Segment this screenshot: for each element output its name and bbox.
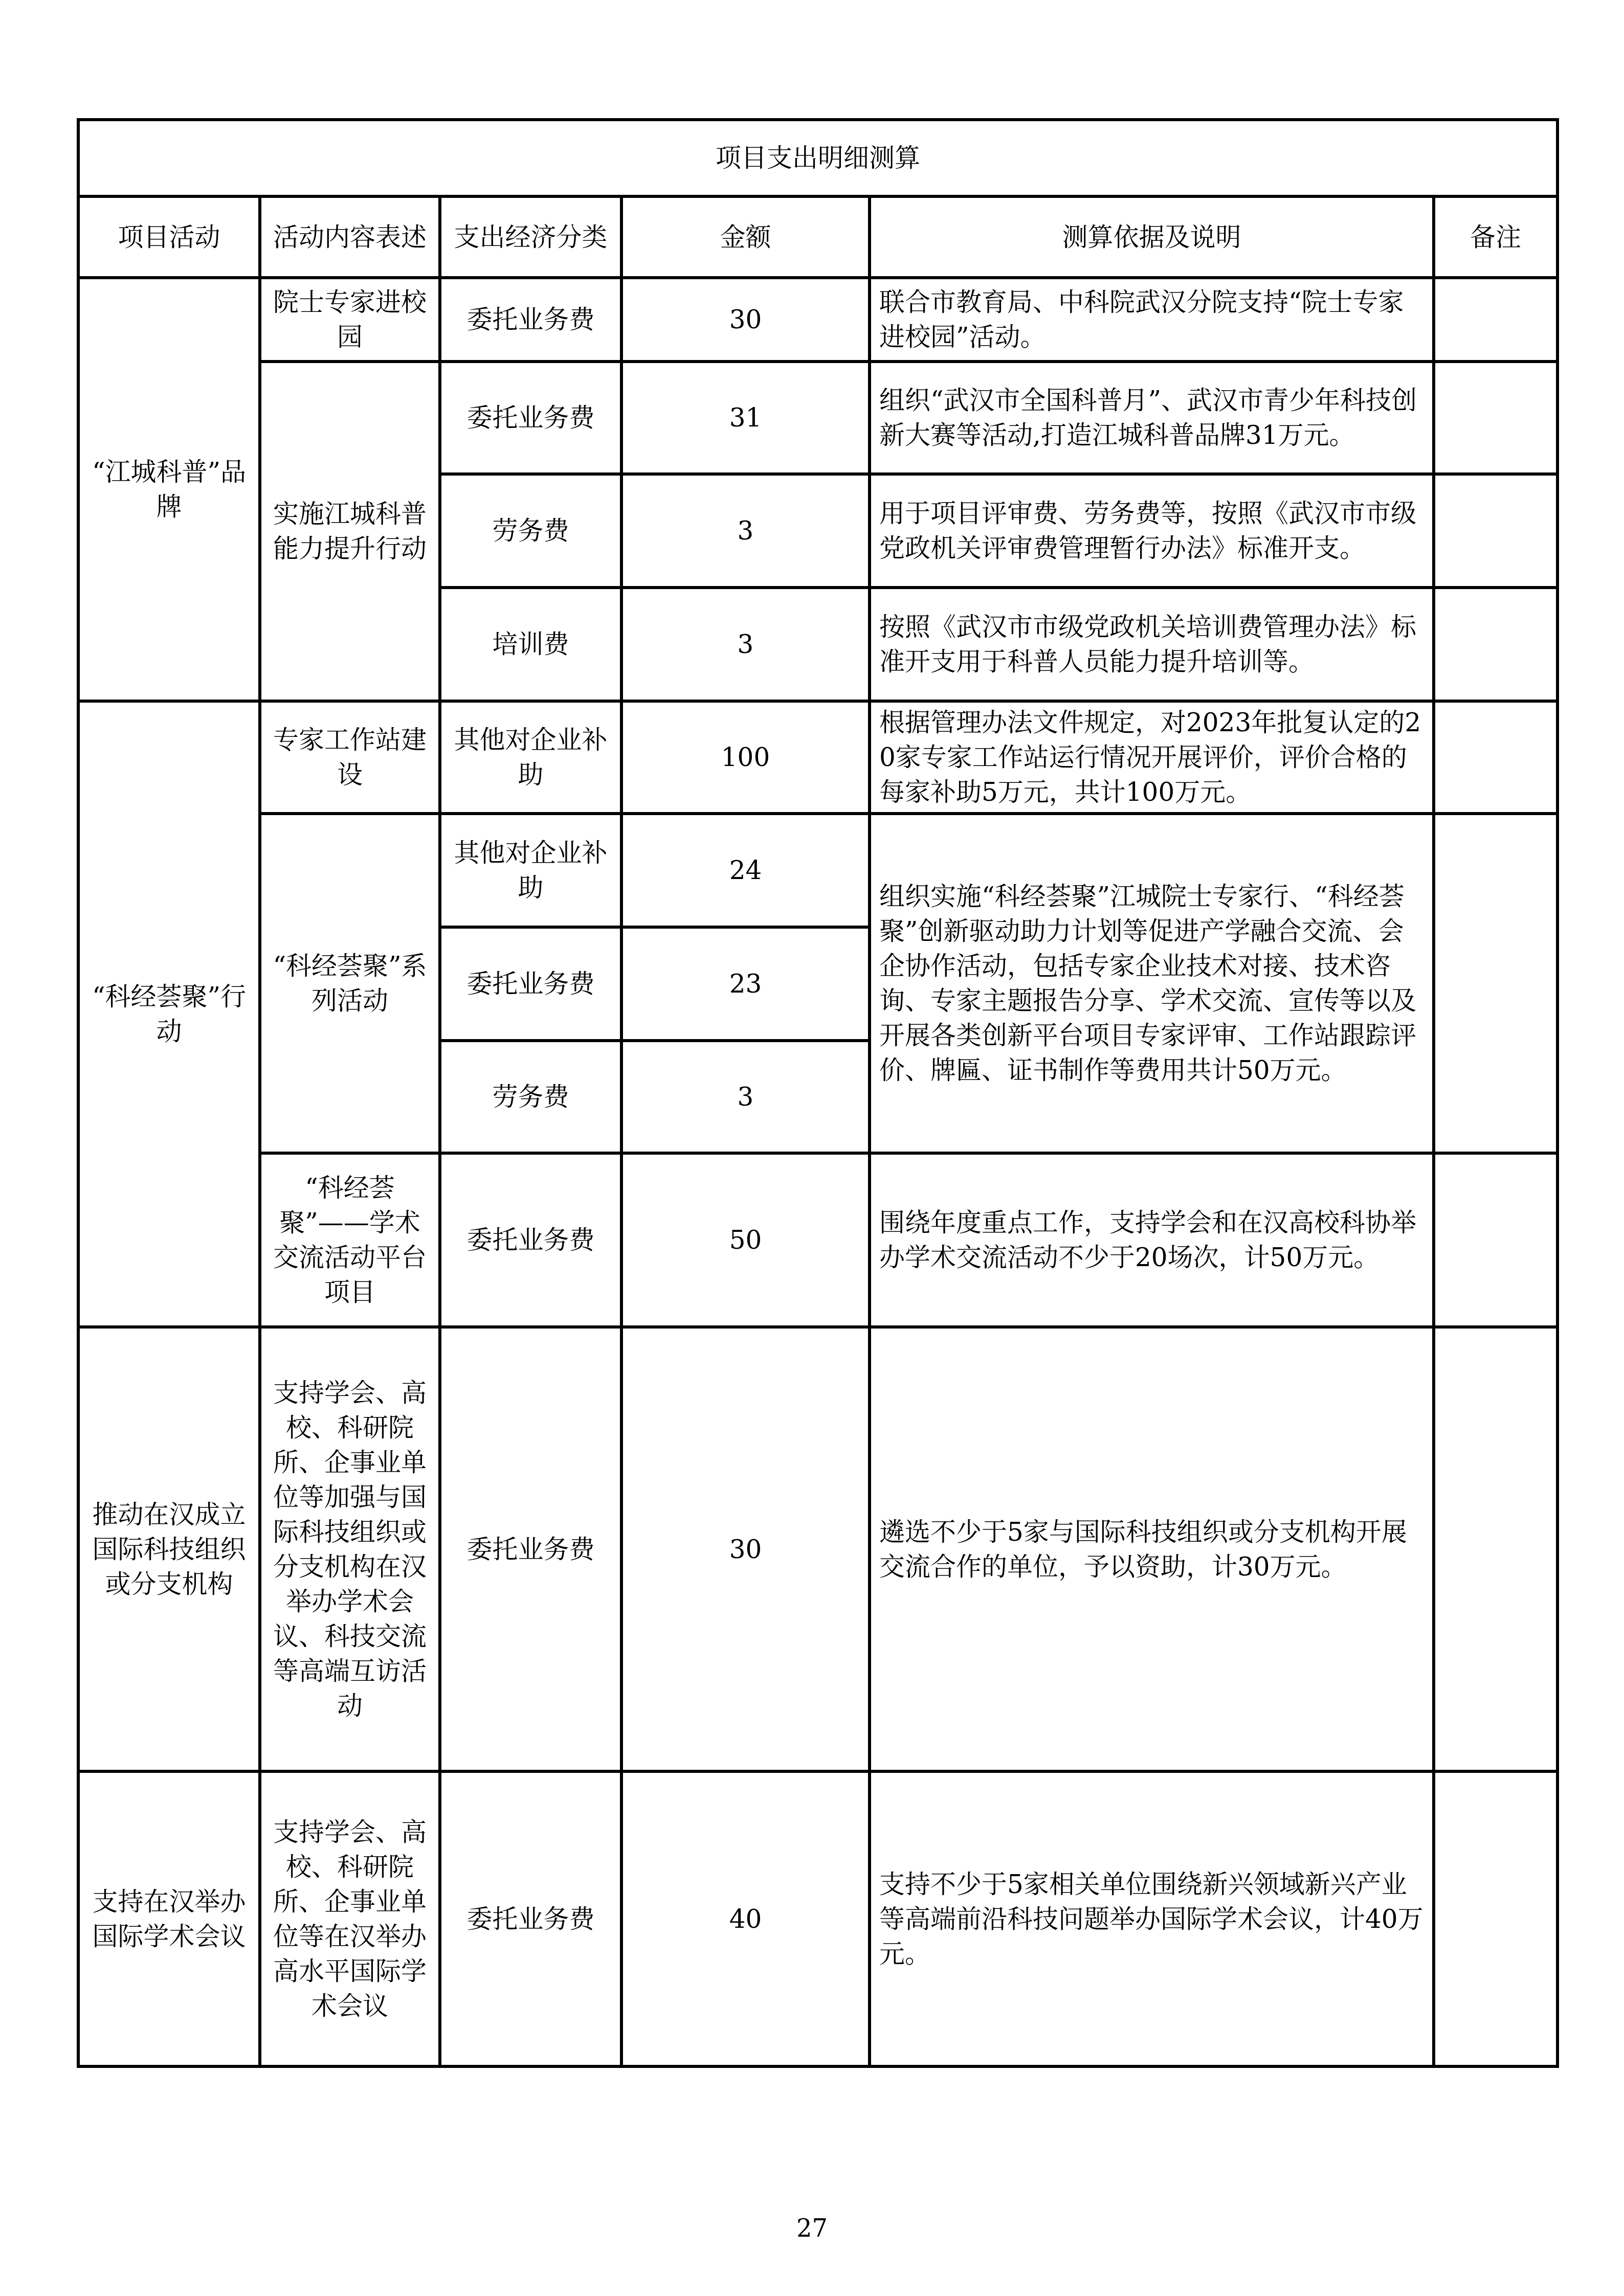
note-cell xyxy=(1434,362,1558,474)
table-row: “江城科普”品牌 院士专家进校园 委托业务费 30 联合市教育局、中科院武汉分院… xyxy=(78,278,1558,362)
note-cell xyxy=(1434,1153,1558,1327)
basis-cell: 遴选不少于5家与国际科技组织或分支机构开展交流合作的单位，予以资助，计30万元。 xyxy=(870,1327,1434,1771)
content-cell: 专家工作站建设 xyxy=(260,701,440,814)
basis-cell: 按照《武汉市市级党政机关培训费管理办法》标准开支用于科普人员能力提升培训等。 xyxy=(870,588,1434,701)
note-cell xyxy=(1434,588,1558,701)
table-row: “科经荟聚”——学术交流活动平台项目 委托业务费 50 围绕年度重点工作，支持学… xyxy=(78,1153,1558,1327)
expense-detail-table: 项目支出明细测算 项目活动 活动内容表述 支出经济分类 金额 测算依据及说明 备… xyxy=(77,118,1559,2068)
activity-cell: 推动在汉成立国际科技组织或分支机构 xyxy=(78,1327,260,1771)
basis-cell: 联合市教育局、中科院武汉分院支持“院士专家进校园”活动。 xyxy=(870,278,1434,362)
category-cell: 委托业务费 xyxy=(440,1771,621,2066)
note-cell xyxy=(1434,278,1558,362)
header-basis: 测算依据及说明 xyxy=(870,196,1434,278)
table-row: “科经荟聚”系列活动 其他对企业补助 24 组织实施“科经荟聚”江城院士专家行、… xyxy=(78,814,1558,927)
note-cell xyxy=(1434,474,1558,588)
category-cell: 其他对企业补助 xyxy=(440,701,621,814)
content-cell: 院士专家进校园 xyxy=(260,278,440,362)
category-cell: 劳务费 xyxy=(440,1041,621,1153)
amount-cell: 30 xyxy=(621,1327,870,1771)
amount-cell: 24 xyxy=(621,814,870,927)
content-cell: 支持学会、高校、科研院所、企事业单位等在汉举办高水平国际学术会议 xyxy=(260,1771,440,2066)
content-cell: 支持学会、高校、科研院所、企事业单位等加强与国际科技组织或分支机构在汉举办学术会… xyxy=(260,1327,440,1771)
category-cell: 委托业务费 xyxy=(440,927,621,1041)
content-cell: 实施江城科普能力提升行动 xyxy=(260,362,440,701)
header-amount: 金额 xyxy=(621,196,870,278)
category-cell: 劳务费 xyxy=(440,474,621,588)
amount-cell: 30 xyxy=(621,278,870,362)
table-row: “科经荟聚”行动 专家工作站建设 其他对企业补助 100 根据管理办法文件规定，… xyxy=(78,701,1558,814)
note-cell xyxy=(1434,814,1558,1153)
basis-cell: 围绕年度重点工作，支持学会和在汉高校科协举办学术交流活动不少于20场次，计50万… xyxy=(870,1153,1434,1327)
table-row: 实施江城科普能力提升行动 委托业务费 31 组织“武汉市全国科普月”、武汉市青少… xyxy=(78,362,1558,474)
content-cell: “科经荟聚”——学术交流活动平台项目 xyxy=(260,1153,440,1327)
page-number: 27 xyxy=(0,2214,1624,2243)
category-cell: 委托业务费 xyxy=(440,362,621,474)
note-cell xyxy=(1434,701,1558,814)
basis-cell: 根据管理办法文件规定，对2023年批复认定的20家专家工作站运行情况开展评价，评… xyxy=(870,701,1434,814)
activity-cell: “科经荟聚”行动 xyxy=(78,701,260,1327)
basis-cell: 组织实施“科经荟聚”江城院士专家行、“科经荟聚”创新驱动助力计划等促进产学融合交… xyxy=(870,814,1434,1153)
amount-cell: 23 xyxy=(621,927,870,1041)
amount-cell: 3 xyxy=(621,1041,870,1153)
amount-cell: 50 xyxy=(621,1153,870,1327)
note-cell xyxy=(1434,1327,1558,1771)
category-cell: 委托业务费 xyxy=(440,1153,621,1327)
header-category: 支出经济分类 xyxy=(440,196,621,278)
header-content: 活动内容表述 xyxy=(260,196,440,278)
activity-cell: “江城科普”品牌 xyxy=(78,278,260,701)
note-cell xyxy=(1434,1771,1558,2066)
amount-cell: 3 xyxy=(621,474,870,588)
header-row: 项目活动 活动内容表述 支出经济分类 金额 测算依据及说明 备注 xyxy=(78,196,1558,278)
table-row: 支持在汉举办国际学术会议 支持学会、高校、科研院所、企事业单位等在汉举办高水平国… xyxy=(78,1771,1558,2066)
amount-cell: 31 xyxy=(621,362,870,474)
table-title: 项目支出明细测算 xyxy=(78,120,1558,196)
amount-cell: 40 xyxy=(621,1771,870,2066)
content-cell: “科经荟聚”系列活动 xyxy=(260,814,440,1153)
header-activity: 项目活动 xyxy=(78,196,260,278)
category-cell: 培训费 xyxy=(440,588,621,701)
header-note: 备注 xyxy=(1434,196,1558,278)
category-cell: 其他对企业补助 xyxy=(440,814,621,927)
amount-cell: 100 xyxy=(621,701,870,814)
basis-cell: 用于项目评审费、劳务费等，按照《武汉市市级党政机关评审费管理暂行办法》标准开支。 xyxy=(870,474,1434,588)
category-cell: 委托业务费 xyxy=(440,278,621,362)
basis-cell: 支持不少于5家相关单位围绕新兴领域新兴产业等高端前沿科技问题举办国际学术会议，计… xyxy=(870,1771,1434,2066)
basis-cell: 组织“武汉市全国科普月”、武汉市青少年科技创新大赛等活动,打造江城科普品牌31万… xyxy=(870,362,1434,474)
table-row: 推动在汉成立国际科技组织或分支机构 支持学会、高校、科研院所、企事业单位等加强与… xyxy=(78,1327,1558,1771)
category-cell: 委托业务费 xyxy=(440,1327,621,1771)
amount-cell: 3 xyxy=(621,588,870,701)
activity-cell: 支持在汉举办国际学术会议 xyxy=(78,1771,260,2066)
